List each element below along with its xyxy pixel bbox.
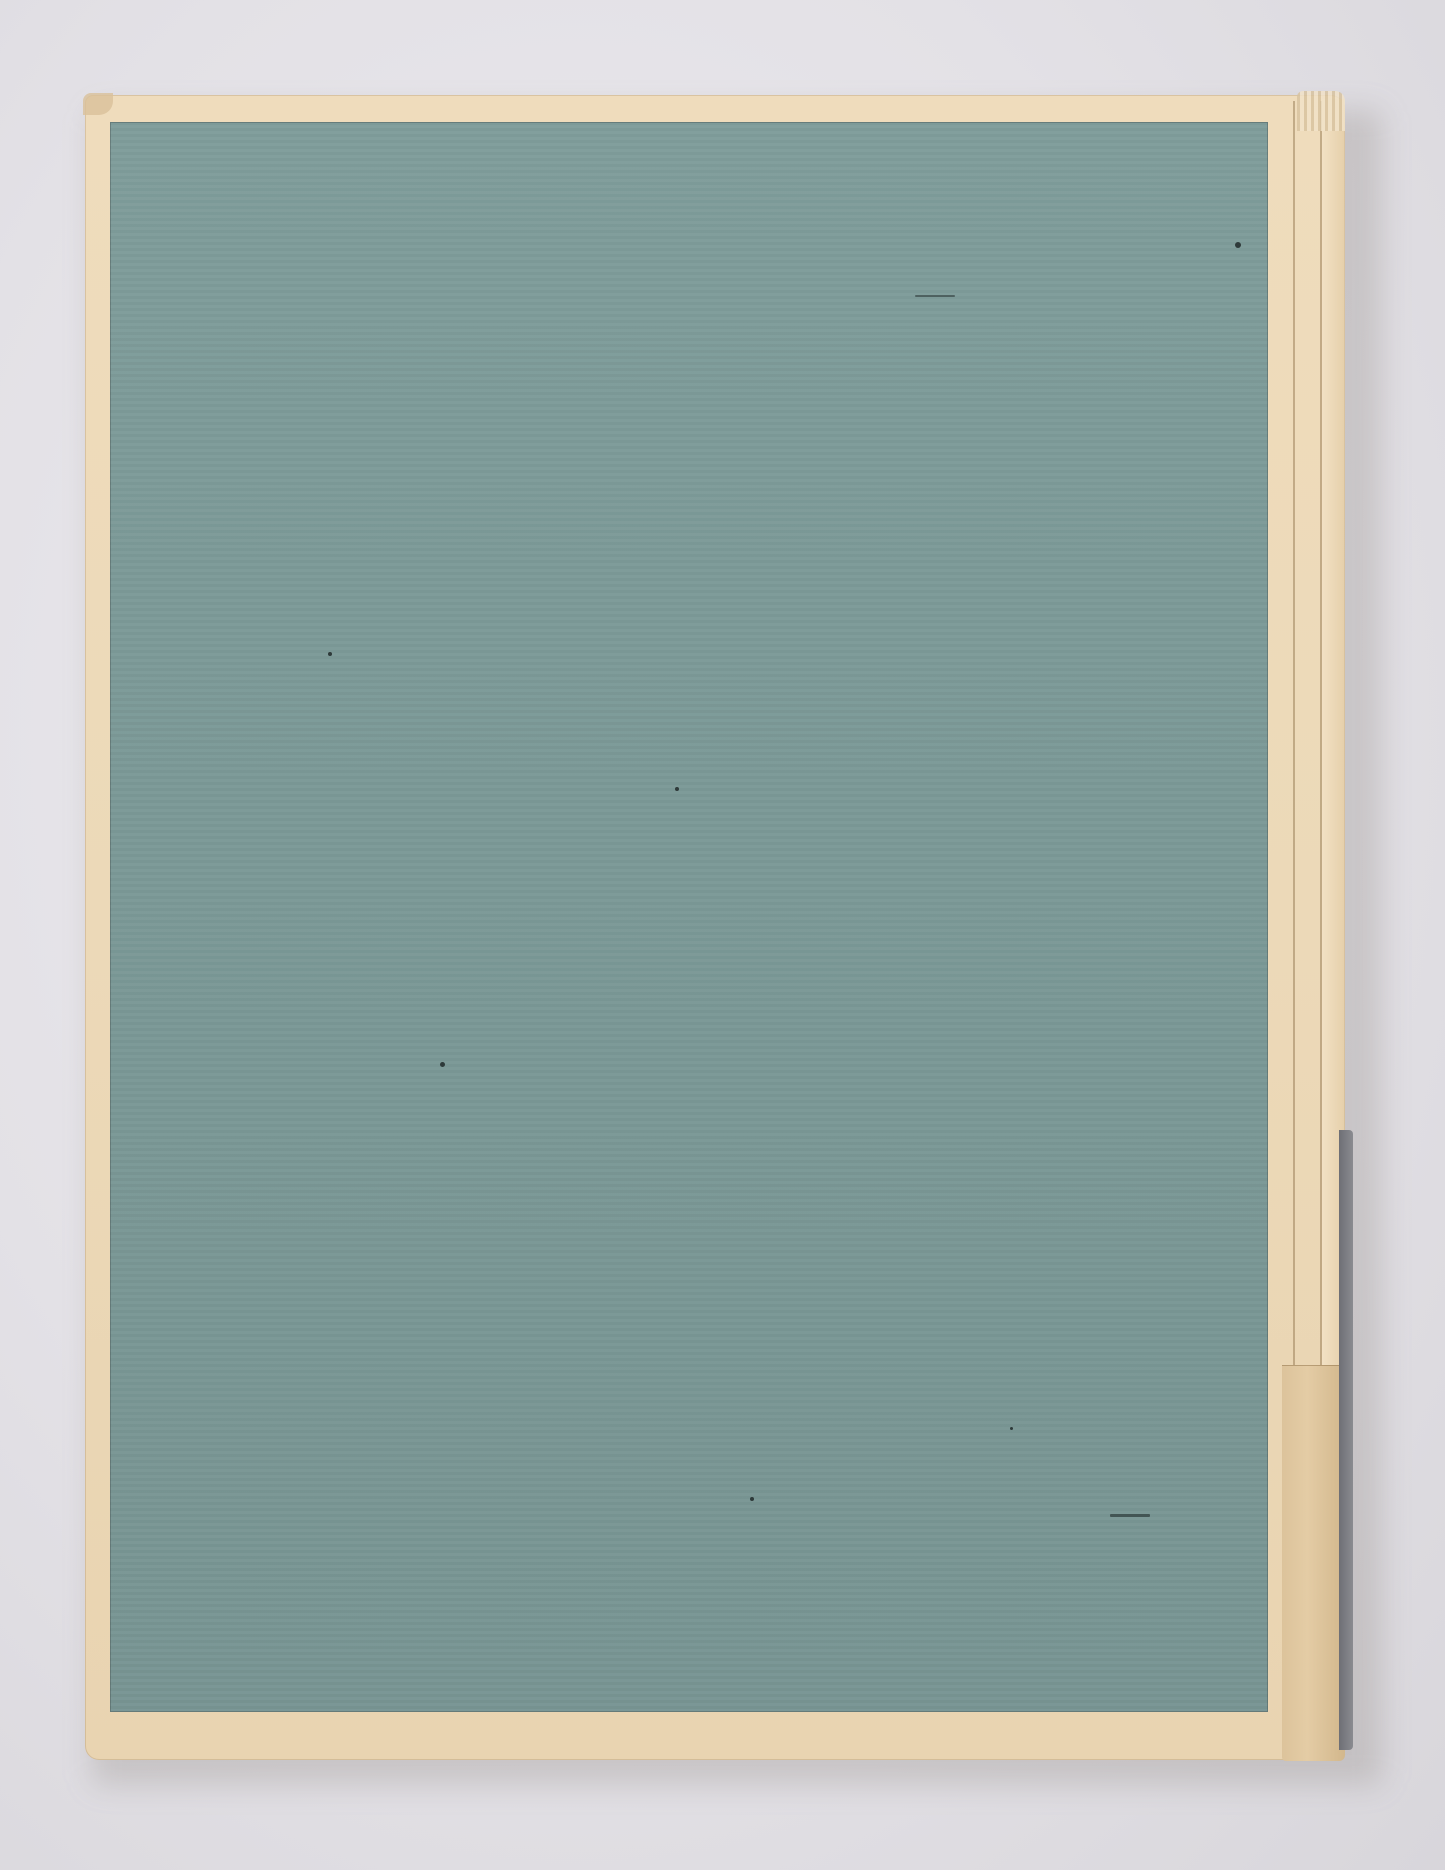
speck <box>1235 242 1241 248</box>
spine-edge <box>1339 1130 1353 1750</box>
speck <box>328 652 332 656</box>
speck <box>440 1062 445 1067</box>
speck <box>675 787 679 791</box>
spine-repair-patch <box>1282 1365 1345 1761</box>
worn-spine-top <box>1297 91 1345 131</box>
speck <box>915 295 955 297</box>
blue-gray-panel <box>110 122 1268 1712</box>
speck <box>1010 1427 1013 1430</box>
book-back-cover <box>85 95 1345 1760</box>
worn-corner <box>83 93 113 115</box>
speck <box>1110 1514 1150 1517</box>
speck <box>750 1497 754 1501</box>
